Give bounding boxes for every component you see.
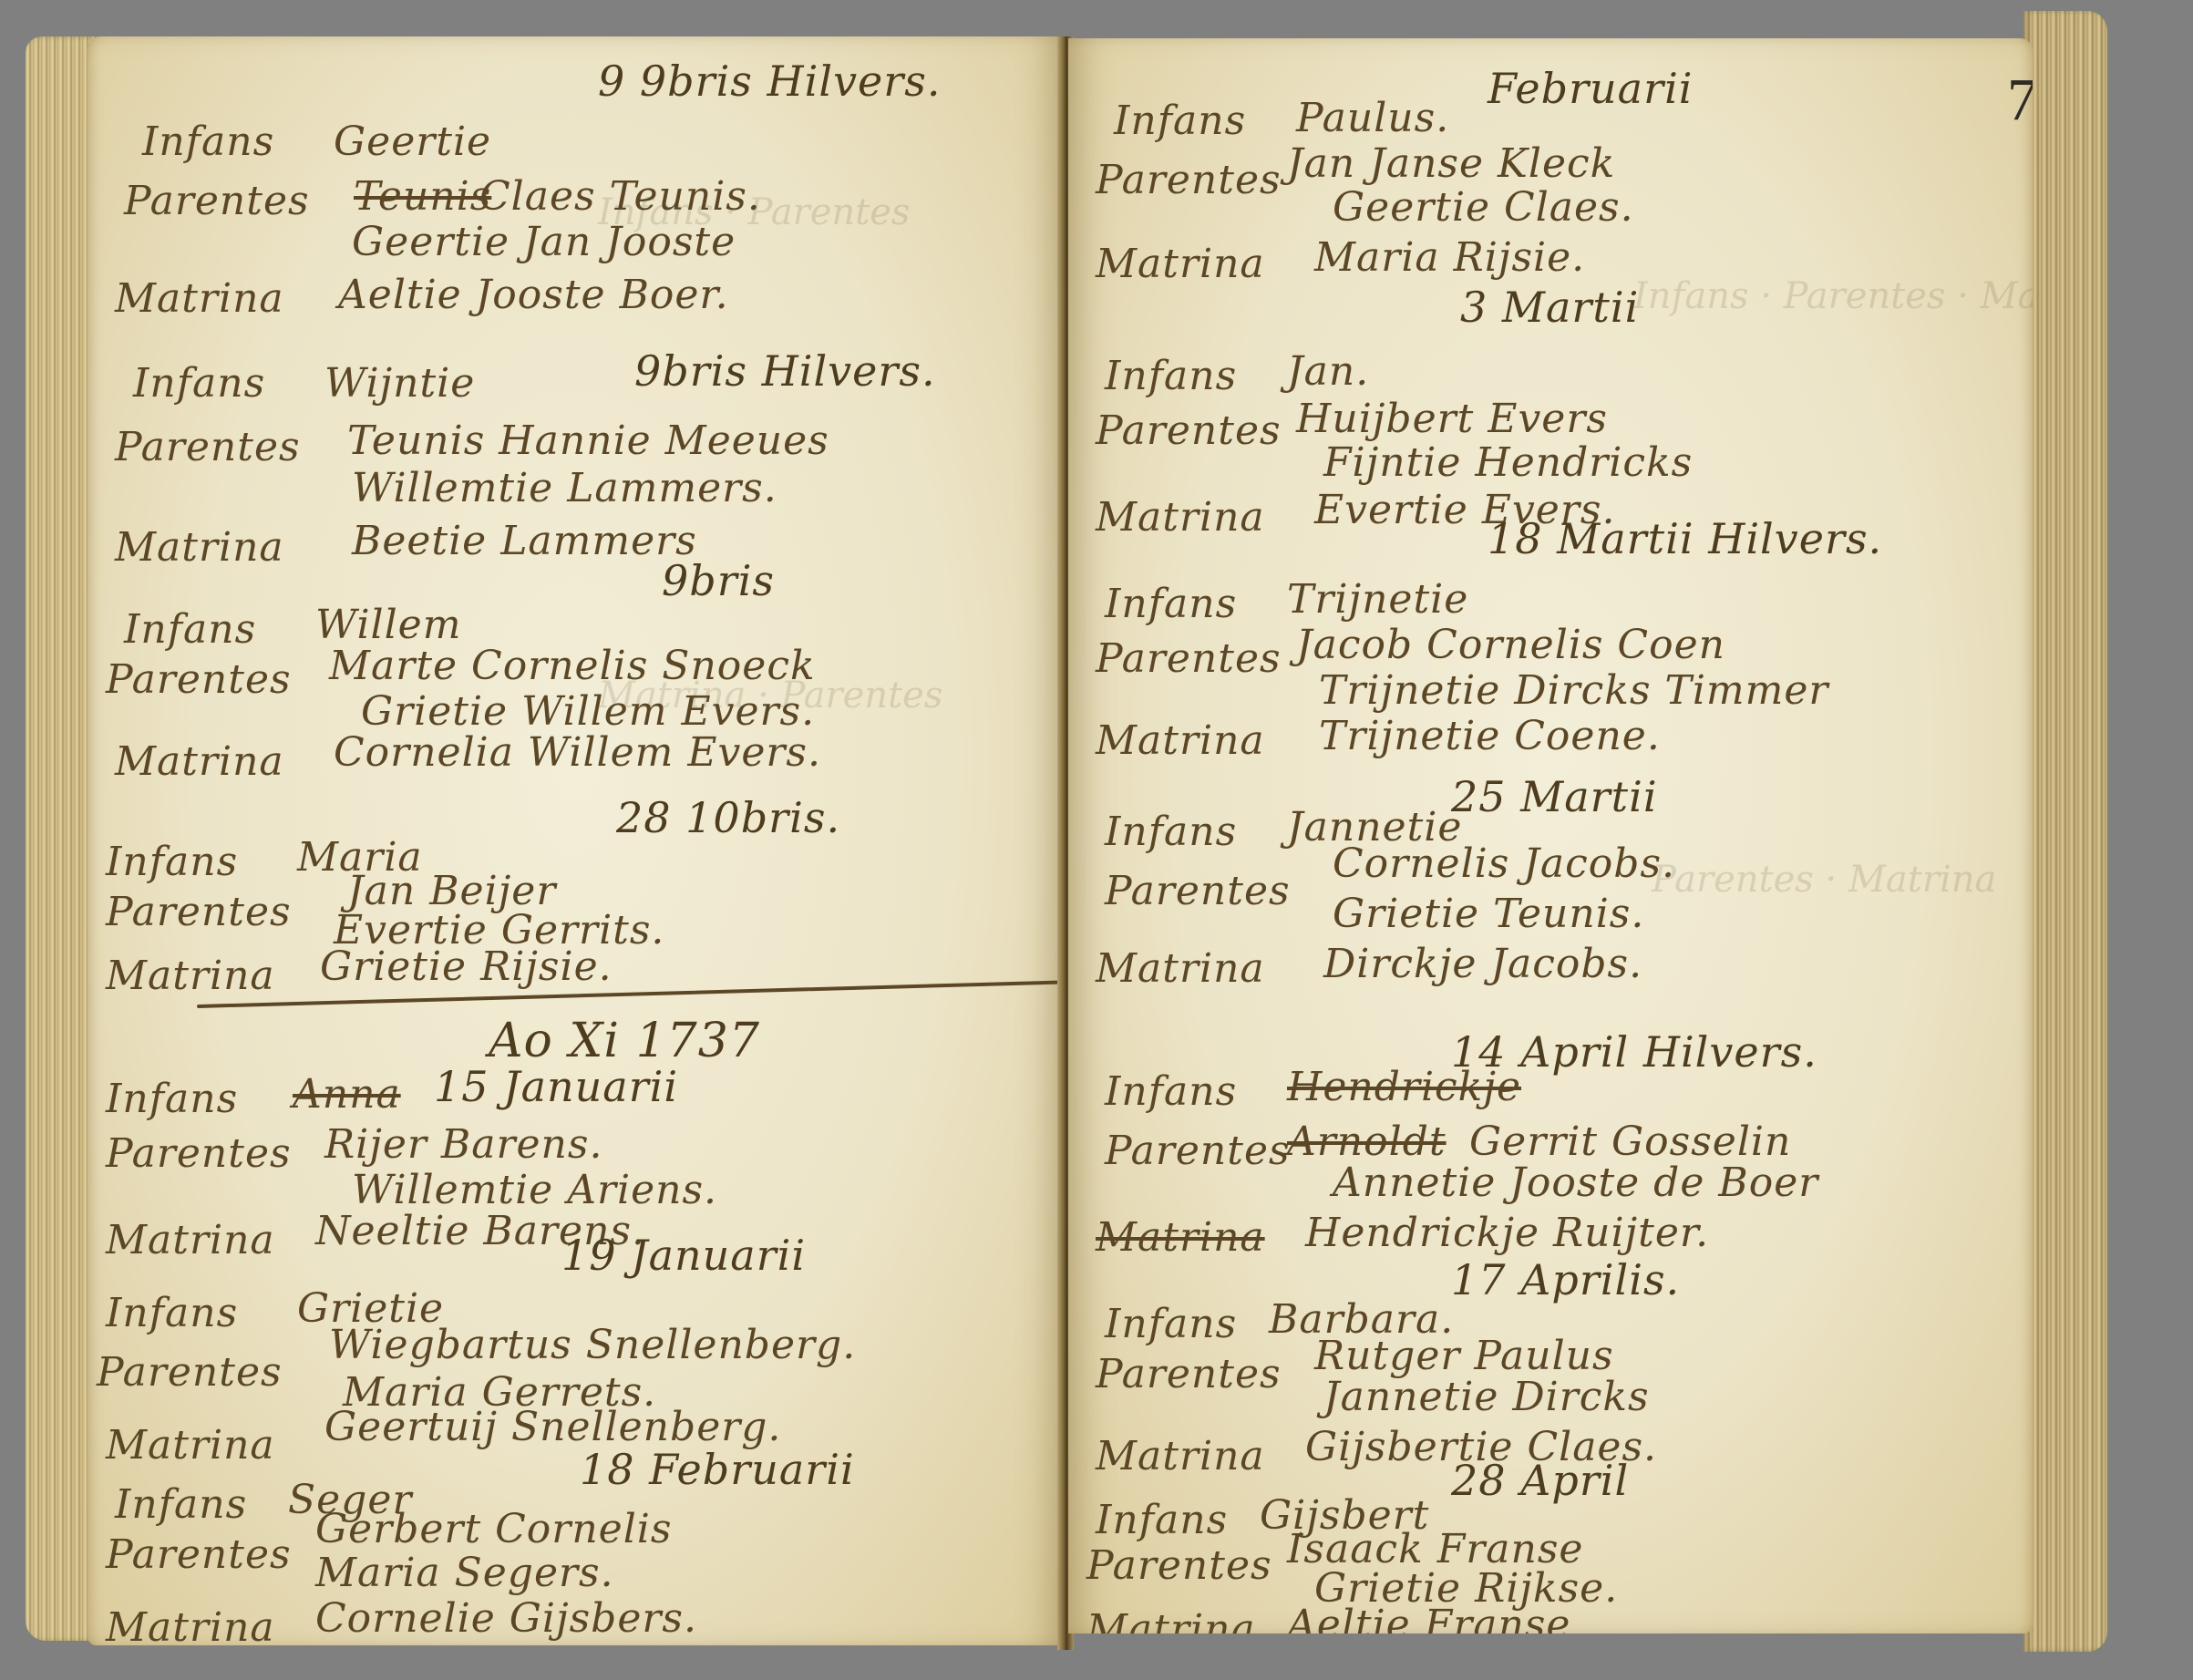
parentes-label: Parentes (106, 1130, 292, 1177)
mother-name: Willemtie Lammers. (352, 465, 777, 511)
infans-label: Infans (1096, 1497, 1228, 1543)
infans-label: Infans (133, 360, 265, 407)
infans-name: Wijntie (324, 360, 475, 407)
left-page: Infans · Parentes Matrina · Parentes 9 9… (88, 36, 1063, 1645)
father-name: Teunis Hannie Meeues (347, 417, 829, 464)
infans-name: Willem (315, 602, 461, 648)
mother-name: Geertie Jan Jooste (352, 219, 736, 265)
father-name: Huijbert Evers (1296, 396, 1608, 442)
infans-label: Infans (1105, 1301, 1237, 1347)
matrina-name: Aeltie Jooste Boer. (338, 272, 729, 318)
father-name: Jan Janse Kleck (1287, 140, 1615, 187)
matrina-label: Matrina (106, 1604, 275, 1645)
parentes-label: Parentes (106, 1531, 292, 1578)
entry-date: 15 Januarii (434, 1062, 678, 1111)
right-page: Infans · Parentes · Matrina Parentes · M… (1068, 38, 2033, 1634)
father-name: Rijer Barens. (324, 1121, 602, 1168)
entry-date: 18 Februarii (580, 1445, 855, 1494)
parentes-label: Parentes (1096, 407, 1282, 454)
page-number: 73 (2007, 66, 2033, 135)
matrina-label: Matrina (1096, 241, 1265, 287)
entry-date: 17 Aprilis. (1451, 1255, 1680, 1304)
parentes-label: Parentes (124, 178, 310, 224)
matrina-label: Matrina (106, 1422, 275, 1469)
entry-date: 18 Martii Hilvers. (1488, 514, 1882, 563)
parentes-label: Parentes (106, 656, 292, 703)
father-name: Jacob Cornelis Coen (1296, 622, 1725, 668)
matrina-name: Cornelie Gijsbers. (315, 1595, 697, 1642)
matrina-name: Beetie Lammers (352, 518, 697, 564)
show-through-text: Parentes · Matrina (1652, 859, 1996, 901)
mother-name: Trijnetie Dircks Timmer (1319, 667, 1828, 714)
right-page-edges (2023, 11, 2107, 1652)
infans-name: Jan. (1287, 348, 1369, 395)
matrina-label: Matrina (1096, 717, 1265, 764)
parentes-label: Parentes (97, 1349, 283, 1396)
infans-label: Infans (142, 119, 274, 165)
matrina-name: Hendrickje Ruijter. (1305, 1210, 1709, 1256)
matrina-label: Matrina (115, 524, 284, 571)
matrina-name: Dirckje Jacobs. (1323, 941, 1642, 987)
entry-date: 9bris Hilvers. (634, 346, 936, 396)
show-through-text: Infans · Parentes · Matrina (1633, 275, 2033, 317)
mother-name: Grietie Willem Evers. (361, 688, 815, 735)
infans-label: Infans (1105, 809, 1237, 855)
father-name: Marte Cornelis Snoeck (329, 643, 816, 689)
parentes-label: Parentes (1096, 1351, 1282, 1397)
entry-date: 9bris (662, 556, 775, 605)
infans-label: Infans (106, 1290, 238, 1336)
infans-label: Infans (1105, 581, 1237, 627)
infans-name: Anna (293, 1071, 401, 1118)
infans-label: Infans (1105, 353, 1237, 399)
matrina-name: Aeltie Franse (1287, 1602, 1570, 1634)
infans-label: Infans (115, 1481, 247, 1528)
infans-name: Paulus. (1296, 95, 1449, 141)
parentes-label: Parentes (1086, 1542, 1272, 1589)
matrina-label: Matrina (115, 275, 284, 322)
father-name: Wiegbartus Snellenberg. (329, 1322, 856, 1368)
entry-date: 28 10bris. (616, 793, 840, 842)
infans-name: Trijnetie (1287, 576, 1468, 623)
matrina-name: Maria Rijsie. (1314, 234, 1585, 281)
parentes-label: Parentes (1096, 635, 1282, 682)
mother-name: Geertie Claes. (1333, 184, 1634, 231)
matrina-name: Cornelia Willem Evers. (334, 729, 821, 776)
entry-date: 9 9bris Hilvers. (598, 57, 942, 106)
infans-label: Infans (106, 839, 238, 885)
entry-date: 3 Martii (1460, 283, 1639, 332)
parentes-label: Parentes (1096, 157, 1282, 203)
parentes-label: Parentes (1105, 868, 1291, 914)
mother-name: Willemtie Ariens. (352, 1167, 717, 1213)
father-name: Claes Teunis. (479, 173, 761, 220)
matrina-name: Geertuij Snellenberg. (324, 1404, 781, 1450)
struck-name: Teunis (354, 173, 491, 220)
infans-label: Infans (1105, 1068, 1237, 1115)
entry-date: 19 Januarii (561, 1231, 806, 1280)
infans-label: Infans (1114, 98, 1246, 144)
mother-name: Fijntie Hendricks (1323, 439, 1693, 486)
infans-name: Geertie (334, 119, 491, 165)
year-heading: Ao Xi 1737 (489, 1014, 760, 1068)
matrina-label: Matrina (1096, 1433, 1265, 1479)
entry-date: 25 Martii (1451, 772, 1658, 821)
matrina-label: Matrina (106, 1217, 275, 1263)
father-name: Rutger Paulus (1314, 1333, 1614, 1379)
entry-date: 28 April (1451, 1456, 1629, 1505)
matrina-label: Matrina (1096, 494, 1265, 541)
matrina-name: Grietie Rijsie. (320, 943, 613, 990)
father-name: Gerrit Gosselin (1469, 1118, 1791, 1165)
mother-name: Jannetie Dircks (1323, 1374, 1650, 1420)
matrina-label: Matrina (1086, 1606, 1256, 1634)
parentes-label: Parentes (115, 424, 301, 470)
parentes-label: Parentes (1105, 1128, 1291, 1174)
matrina-label: Matrina (115, 738, 284, 785)
infans-label: Infans (106, 1076, 238, 1122)
mother-name: Maria Segers. (315, 1550, 614, 1596)
parentes-label: Parentes (106, 889, 292, 935)
infans-label: Infans (124, 606, 256, 653)
matrina-label: Matrina (106, 953, 275, 999)
mother-name: Annetie Jooste de Boer (1333, 1160, 1818, 1206)
matrina-label: Matrina (1096, 1214, 1265, 1261)
struck-name: Arnoldt (1287, 1118, 1447, 1165)
matrina-name: Trijnetie Coene. (1319, 713, 1661, 759)
entry-date: Februarii (1488, 64, 1694, 113)
open-book: Infans · Parentes Matrina · Parentes 9 9… (0, 0, 2193, 1680)
infans-name: Hendrickje (1287, 1064, 1521, 1110)
matrina-label: Matrina (1096, 945, 1265, 992)
father-name: Cornelis Jacobs. (1333, 840, 1675, 887)
mother-name: Grietie Teunis. (1333, 891, 1644, 937)
father-name: Gerbert Cornelis (315, 1506, 672, 1552)
